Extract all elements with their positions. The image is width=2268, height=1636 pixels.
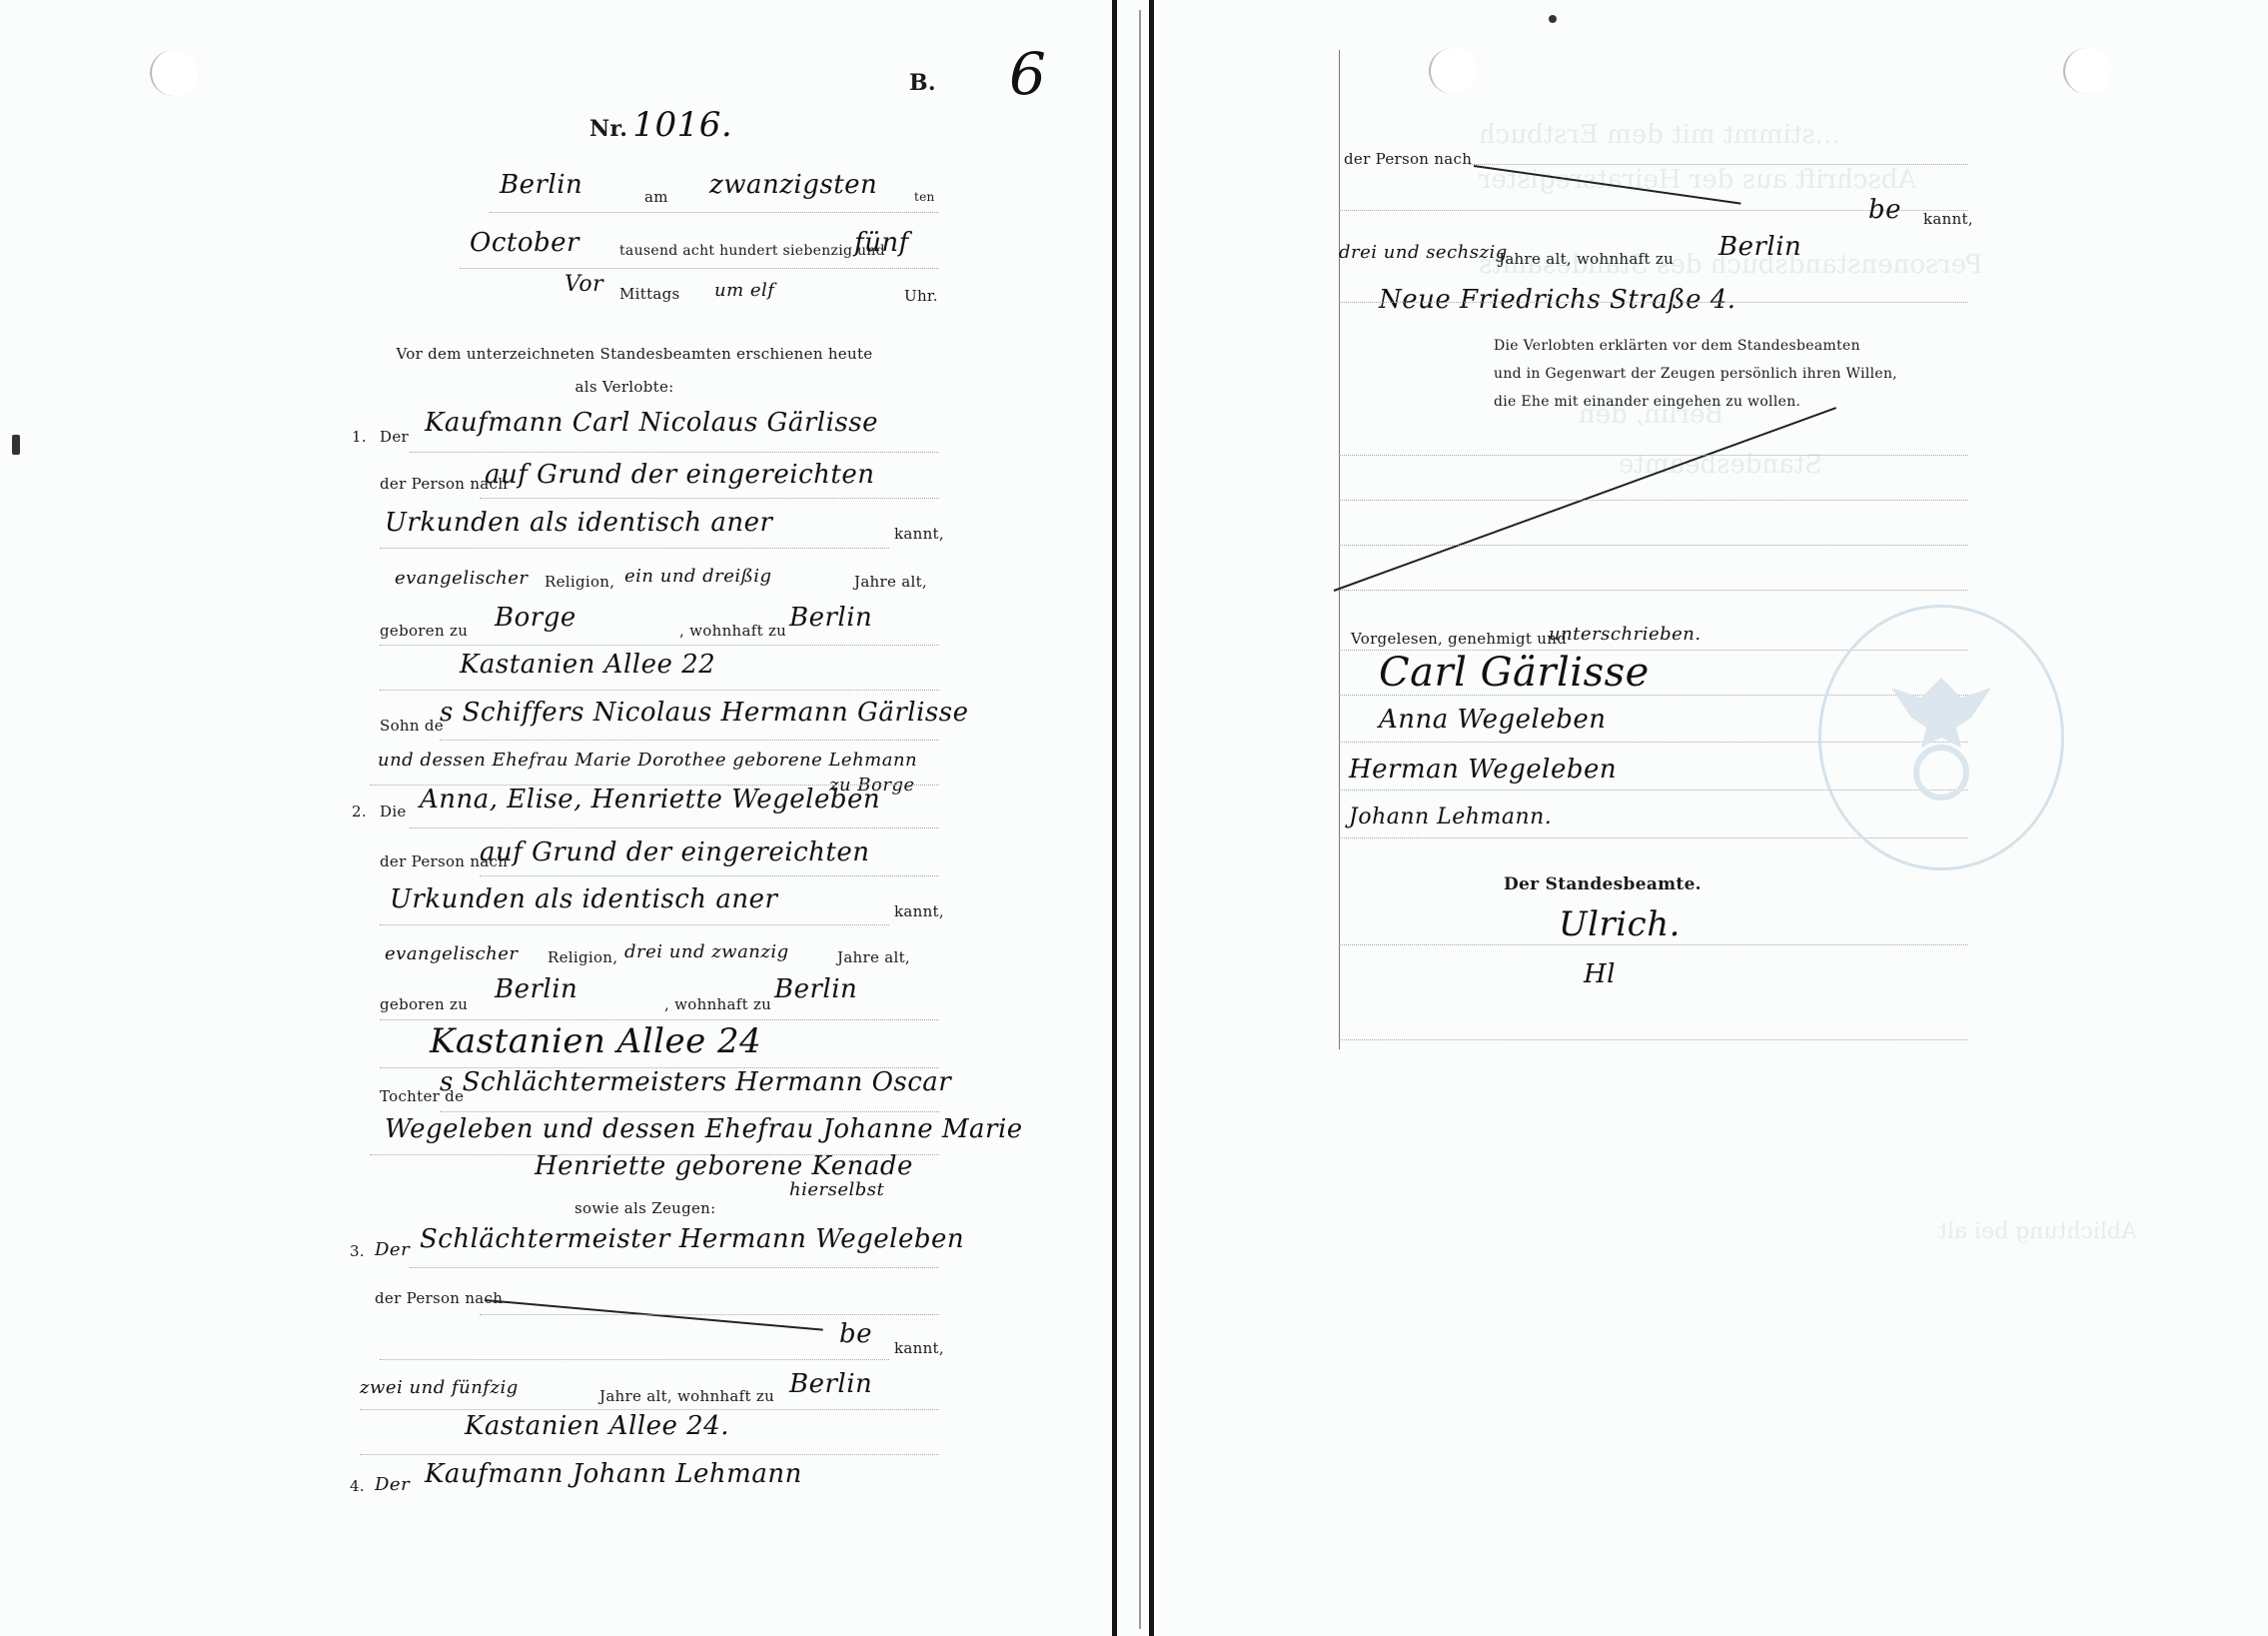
fill-line — [1339, 455, 1968, 456]
fill-line — [1469, 164, 1968, 165]
form-letter: B. — [909, 70, 936, 96]
identity-label: der Person nach — [1344, 150, 1472, 168]
fill-line — [360, 1454, 939, 1455]
father: s Schlächtermeisters Hermann Oscar — [440, 1067, 951, 1097]
left-page: B. 6 Nr. 1016. Berlin am zwanzigsten ten… — [0, 0, 1119, 1636]
official-stamp-icon — [1818, 605, 2064, 870]
time-label: Mittags — [619, 285, 680, 303]
religion: evangelischer — [385, 943, 519, 964]
day-suffix: ten — [914, 190, 935, 204]
address: Neue Friedrichs Straße 4. — [1379, 285, 1736, 315]
person-number: 1. — [352, 428, 367, 446]
witness-number: 3. — [350, 1242, 365, 1260]
fill-line — [410, 1267, 939, 1268]
time-prefix: Vor — [565, 272, 603, 297]
year-handwritten: fünf — [854, 228, 909, 258]
read-approved-label: Vorgelesen, genehmigt und — [1351, 630, 1567, 648]
residence-label: , wohnhaft zu — [679, 622, 786, 640]
parents-label: Sohn de — [380, 717, 444, 735]
declaration-line: die Ehe mit einander eingehen zu wollen. — [1494, 394, 1800, 410]
corner-mark: 6 — [1009, 40, 1046, 108]
identity-text: auf Grund der eingereichten — [485, 460, 874, 490]
fill-line — [380, 924, 889, 925]
address: Kastanien Allee 22 — [460, 650, 715, 680]
fill-line — [380, 1359, 889, 1360]
fill-line — [460, 268, 939, 269]
age-label: Jahre alt, wohnhaft zu — [1499, 250, 1674, 268]
residence-label: , wohnhaft zu — [664, 995, 771, 1013]
identity-suffix: kannt, — [894, 902, 944, 920]
fill-line — [380, 548, 889, 549]
fill-line — [480, 498, 939, 499]
age: drei und zwanzig — [624, 941, 789, 962]
born-at: Berlin — [495, 974, 577, 1004]
residence: Berlin — [774, 974, 857, 1004]
religion-label: Religion, — [548, 948, 617, 966]
punch-hole — [150, 50, 198, 96]
read-handwritten: unterschrieben. — [1549, 624, 1701, 645]
intro-line-1: Vor dem unterzeichneten Standesbeamten e… — [0, 345, 1119, 363]
born-at: Borge — [495, 603, 576, 633]
mother: und dessen Ehefrau Marie Dorothee gebore… — [378, 750, 917, 771]
person-number: 2. — [352, 803, 367, 820]
identity-suffix: kannt, — [1923, 210, 1973, 228]
fill-line — [1339, 944, 1968, 945]
registrar-label: Der Standesbeamte. — [1504, 874, 1701, 894]
identity-text: auf Grund der eingereichten — [480, 837, 869, 867]
ghost-line: Ablichtung bei alt — [1938, 1219, 2137, 1244]
fill-line — [440, 1111, 939, 1112]
punch-hole — [1429, 48, 1477, 94]
born-label: geboren zu — [380, 995, 468, 1013]
age-label: Jahre alt, — [854, 573, 927, 591]
mother: Henriette geborene Kenade — [535, 1151, 913, 1181]
religion-label: Religion, — [545, 573, 614, 591]
witness-article: Der — [375, 1239, 410, 1260]
person-description: Kaufmann Carl Nicolaus Gärlisse — [425, 408, 878, 438]
fill-line — [490, 212, 939, 213]
identity-text-2: Urkunden als identisch aner — [385, 508, 772, 538]
ghost-line: Abschrift aus der Heiratsregister — [1479, 165, 1916, 195]
identity-handwritten: be — [839, 1319, 872, 1349]
identity-suffix: kannt, — [894, 1339, 944, 1357]
fill-line — [380, 690, 939, 691]
signature-groom: Carl Gärlisse — [1379, 650, 1650, 696]
registrar-signature: Ulrich. — [1559, 904, 1681, 944]
fill-line — [380, 1019, 939, 1020]
identity-suffix: kannt, — [894, 525, 944, 543]
witness-description: Schlächtermeister Hermann Wegeleben — [420, 1224, 964, 1254]
age: zwei und fünfzig — [360, 1377, 519, 1398]
witnesses-intro: sowie als Zeugen: — [574, 1199, 715, 1217]
fill-line — [380, 645, 939, 646]
person-description: Anna, Elise, Henriette Wegeleben — [420, 785, 880, 815]
record-number-label: Nr. — [589, 116, 627, 142]
age-label: Jahre alt, wohnhaft zu — [599, 1387, 774, 1405]
eagle-emblem-icon — [1881, 658, 2001, 818]
fill-line — [1339, 1039, 1968, 1040]
fill-line — [440, 740, 939, 741]
signature-witness-4: Johann Lehmann. — [1349, 805, 1552, 829]
fill-line — [480, 875, 939, 876]
fill-line — [410, 827, 939, 828]
father: s Schiffers Nicolaus Hermann Gärlisse — [440, 698, 968, 728]
am-label: am — [644, 188, 668, 206]
signature-bride: Anna Wegeleben — [1379, 705, 1607, 735]
punch-hole — [2063, 48, 2111, 94]
date-day: zwanzigsten — [709, 170, 877, 200]
time-suffix: Uhr. — [904, 287, 938, 305]
born-label: geboren zu — [380, 622, 468, 640]
intro-line-2: als Verlobte: — [0, 378, 1119, 396]
fill-line — [1339, 302, 1968, 303]
signature-witness-3: Herman Wegeleben — [1349, 755, 1617, 785]
fill-line — [480, 1314, 939, 1315]
address: Kastanien Allee 24 — [430, 1021, 761, 1061]
declaration-line: und in Gegenwart der Zeugen persönlich i… — [1494, 366, 1897, 382]
address: Kastanien Allee 24. — [465, 1411, 729, 1441]
spine-line — [1112, 0, 1117, 1636]
fill-line — [410, 452, 939, 453]
residence: Berlin — [789, 603, 872, 633]
fill-line — [360, 1409, 939, 1410]
age-label: Jahre alt, — [837, 948, 910, 966]
margin-rule — [1339, 50, 1340, 1049]
age: ein und dreißig — [624, 566, 772, 587]
identity-label: der Person nach — [375, 1289, 503, 1307]
time-hour: um elf — [714, 280, 774, 301]
religion: evangelischer — [395, 568, 529, 589]
person-article: Der — [380, 428, 409, 446]
ghost-line: ...stimmt mit dem Erstbuch — [1479, 120, 1839, 150]
witness-description: Kaufmann Johann Lehmann — [425, 1459, 802, 1489]
identity-handwritten: be — [1868, 195, 1901, 225]
registrar-initials: Hl — [1584, 959, 1616, 989]
record-number: Nr. 1016. — [589, 105, 732, 145]
father-cont: Wegeleben und dessen Ehefrau Johanne Mar… — [385, 1114, 1023, 1144]
scan-speck — [12, 435, 20, 455]
residence: Berlin — [1718, 232, 1801, 262]
date-month: October — [470, 228, 579, 258]
right-page: ...stimmt mit dem Erstbuch Abschrift aus… — [1139, 0, 2268, 1636]
identity-text-2: Urkunden als identisch aner — [390, 884, 777, 914]
fill-line — [1339, 545, 1968, 546]
fill-line — [1339, 590, 1968, 591]
residence: Berlin — [789, 1369, 872, 1399]
declaration-line: Die Verlobten erklärten vor dem Standesb… — [1494, 338, 1860, 354]
age: drei und sechszig — [1339, 242, 1508, 263]
year-printed: tausend acht hundert siebenzig und — [619, 243, 885, 259]
witness-article: Der — [375, 1474, 410, 1495]
person-article: Die — [380, 803, 407, 820]
scan-speck — [1549, 15, 1557, 23]
mother-note: hierselbst — [789, 1179, 884, 1200]
fill-line — [1339, 500, 1968, 501]
witness-number: 4. — [350, 1477, 365, 1495]
place: Berlin — [500, 170, 582, 200]
record-number-value: 1016. — [632, 105, 732, 145]
